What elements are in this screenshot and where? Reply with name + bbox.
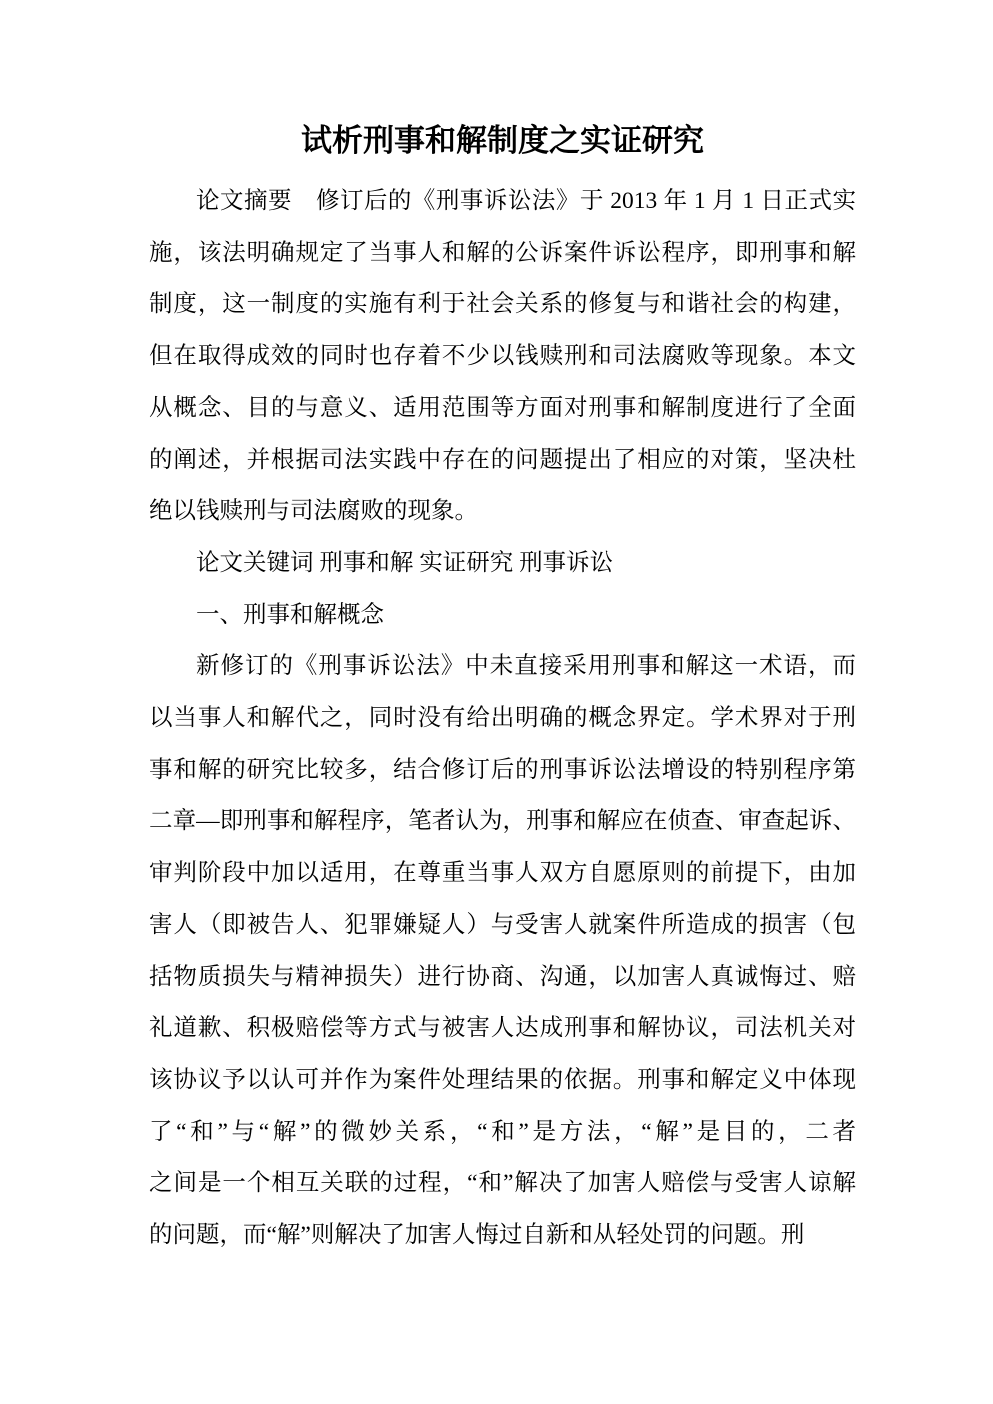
abstract-line: 从概念、目的与意义、适用范围等方面对刑事和解制度进行了全面	[149, 383, 856, 435]
abstract-line: 但在取得成效的同时也存着不少以钱赎刑和司法腐败等现象。本文	[149, 331, 856, 383]
abstract-line: 论文摘要 修订后的《刑事诉讼法》于 2013 年 1 月 1 日正式实	[149, 176, 856, 228]
section-1-body-line: 之间是一个相互关联的过程，“和”解决了加害人赔偿与受害人谅解	[149, 1158, 856, 1210]
section-1-body-line: 事和解的研究比较多，结合修订后的刑事诉讼法增设的特别程序第	[149, 745, 856, 797]
document-page: 试析刑事和解制度之实证研究 论文摘要 修订后的《刑事诉讼法》于 2013 年 1…	[0, 0, 993, 1404]
document-title: 试析刑事和解制度之实证研究	[149, 112, 856, 169]
section-1-body-line: 的问题，而“解”则解决了加害人悔过自新和从轻处罚的问题。刑	[149, 1210, 856, 1262]
keywords-line: 论文关键词 刑事和解 实证研究 刑事诉讼	[149, 538, 856, 590]
abstract-line: 制度，这一制度的实施有利于社会关系的修复与和谐社会的构建，	[149, 279, 856, 331]
section-1-body-line: 新修订的《刑事诉讼法》中未直接采用刑事和解这一术语，而	[149, 641, 856, 693]
section-1-body-line: 了“和”与“解”的微妙关系，“和”是方法，“解”是目的，二者	[149, 1107, 856, 1159]
abstract-line: 的阐述，并根据司法实践中存在的问题提出了相应的对策，坚决杜	[149, 435, 856, 487]
section-1-body-line: 以当事人和解代之，同时没有给出明确的概念界定。学术界对于刑	[149, 693, 856, 745]
section-1-heading-line: 一、刑事和解概念	[149, 590, 856, 642]
section-1-body-line: 礼道歉、积极赔偿等方式与被害人达成刑事和解协议，司法机关对	[149, 1003, 856, 1055]
abstract-line: 绝以钱赎刑与司法腐败的现象。	[149, 486, 856, 538]
section-1-body-line: 二章—即刑事和解程序，笔者认为，刑事和解应在侦查、审查起诉、	[149, 796, 856, 848]
section-1-body-line: 括物质损失与精神损失）进行协商、沟通，以加害人真诚悔过、赔	[149, 952, 856, 1004]
section-1-body-line: 该协议予以认可并作为案件处理结果的依据。刑事和解定义中体现	[149, 1055, 856, 1107]
abstract-line: 施，该法明确规定了当事人和解的公诉案件诉讼程序，即刑事和解	[149, 228, 856, 280]
section-1-body-line: 审判阶段中加以适用，在尊重当事人双方自愿原则的前提下，由加	[149, 848, 856, 900]
document-body: 论文摘要 修订后的《刑事诉讼法》于 2013 年 1 月 1 日正式实施，该法明…	[149, 176, 856, 1262]
section-1-body-line: 害人（即被告人、犯罪嫌疑人）与受害人就案件所造成的损害（包	[149, 900, 856, 952]
document-content: 试析刑事和解制度之实证研究 论文摘要 修订后的《刑事诉讼法》于 2013 年 1…	[149, 112, 856, 1262]
